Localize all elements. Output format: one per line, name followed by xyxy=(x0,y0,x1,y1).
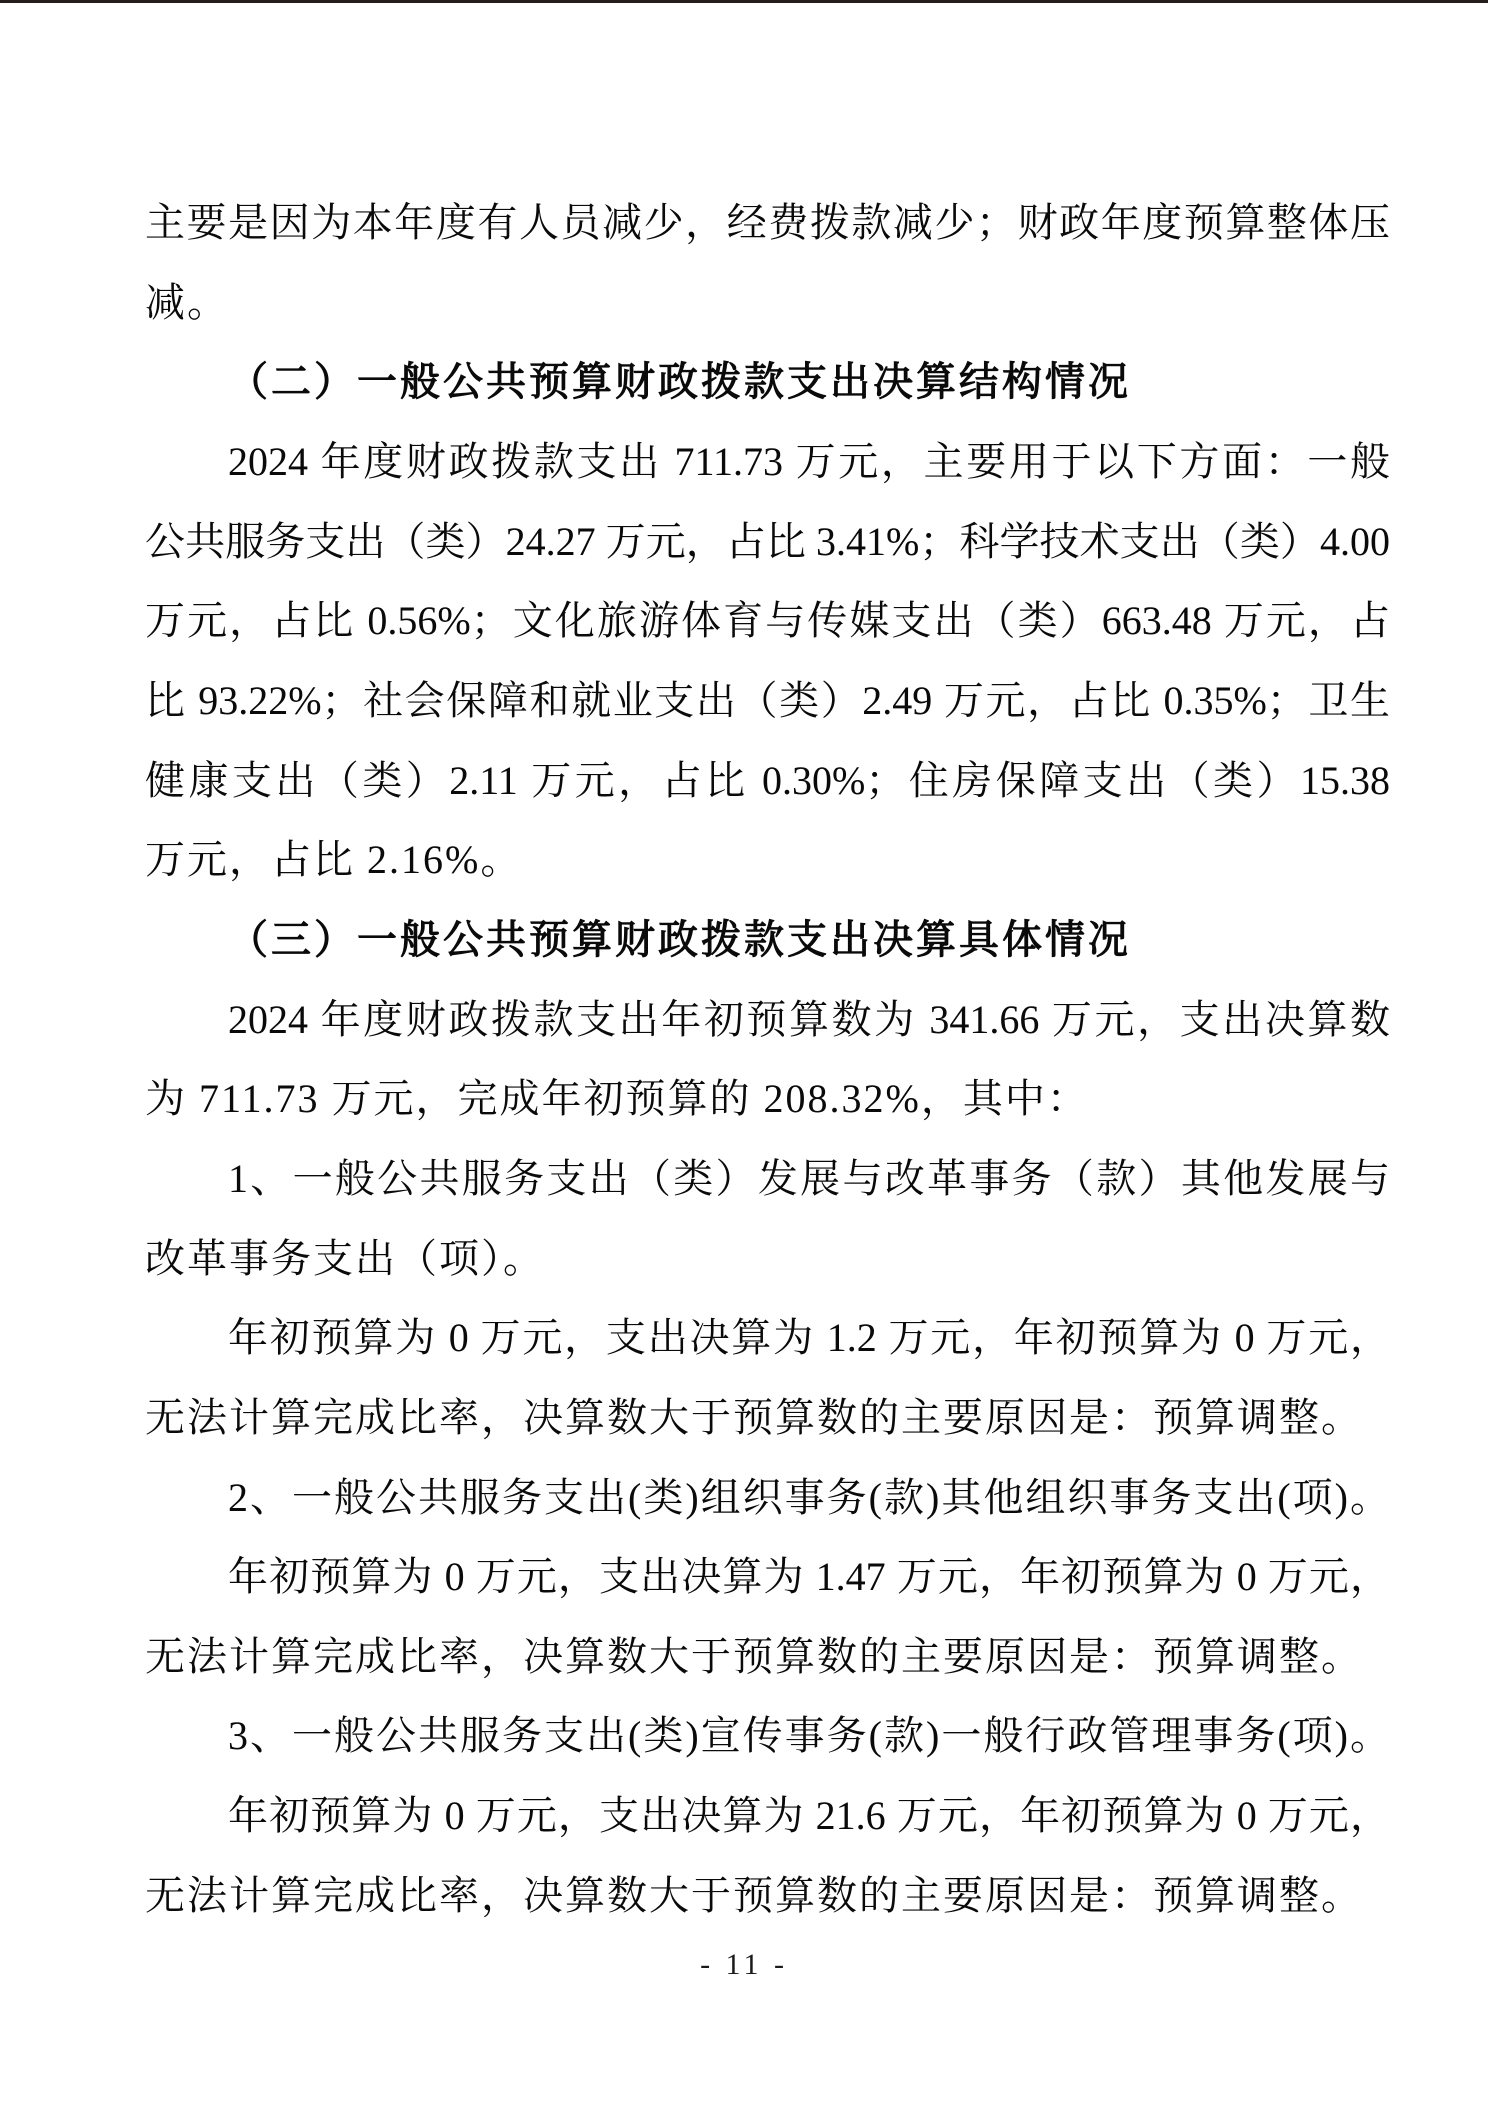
text-line: 3、一般公共服务支出(类)宣传事务(款)一般行政管理事务(项)。 xyxy=(145,1696,1390,1776)
text-line: 公共服务支出（类）24.27 万元，占比 3.41%；科学技术支出（类）4.00 xyxy=(145,502,1390,582)
text-line: 健康支出（类）2.11 万元，占比 0.30%；住房保障支出（类）15.38 xyxy=(145,741,1390,821)
text-line: 万元，占比 0.56%；文化旅游体育与传媒支出（类）663.48 万元，占 xyxy=(145,581,1390,661)
page-number: - 11 - xyxy=(0,1938,1488,1992)
text-line: 年初预算为 0 万元，支出决算为 1.2 万元，年初预算为 0 万元， xyxy=(145,1298,1390,1378)
document-page: 主要是因为本年度有人员减少，经费拨款减少；财政年度预算整体压减。（二）一般公共预… xyxy=(0,0,1488,2104)
text-line: 无法计算完成比率，决算数大于预算数的主要原因是：预算调整。 xyxy=(145,1617,1390,1697)
text-line: 为 711.73 万元，完成年初预算的 208.32%，其中： xyxy=(145,1059,1390,1139)
text-line: 1、一般公共服务支出（类）发展与改革事务（款）其他发展与 xyxy=(145,1139,1390,1219)
text-line: 万元，占比 2.16%。 xyxy=(145,820,1390,900)
text-line: 2、一般公共服务支出(类)组织事务(款)其他组织事务支出(项)。 xyxy=(145,1458,1390,1538)
text-line: 减。 xyxy=(145,263,1390,343)
text-line: 主要是因为本年度有人员减少，经费拨款减少；财政年度预算整体压 xyxy=(145,183,1390,263)
text-line: 改革事务支出（项）。 xyxy=(145,1219,1390,1299)
text-line: 年初预算为 0 万元，支出决算为 1.47 万元，年初预算为 0 万元， xyxy=(145,1537,1390,1617)
text-line: 比 93.22%；社会保障和就业支出（类）2.49 万元，占比 0.35%；卫生 xyxy=(145,661,1390,741)
section-heading: （二）一般公共预算财政拨款支出决算结构情况 xyxy=(145,342,1390,422)
document-body: 主要是因为本年度有人员减少，经费拨款减少；财政年度预算整体压减。（二）一般公共预… xyxy=(145,183,1390,1935)
text-line: 2024 年度财政拨款支出 711.73 万元，主要用于以下方面：一般 xyxy=(145,422,1390,502)
text-line: 无法计算完成比率，决算数大于预算数的主要原因是：预算调整。 xyxy=(145,1856,1390,1936)
text-line: 年初预算为 0 万元，支出决算为 21.6 万元，年初预算为 0 万元， xyxy=(145,1776,1390,1856)
page-top-border xyxy=(0,0,1488,3)
section-heading: （三）一般公共预算财政拨款支出决算具体情况 xyxy=(145,900,1390,980)
text-line: 2024 年度财政拨款支出年初预算数为 341.66 万元，支出决算数 xyxy=(145,980,1390,1060)
text-line: 无法计算完成比率，决算数大于预算数的主要原因是：预算调整。 xyxy=(145,1378,1390,1458)
